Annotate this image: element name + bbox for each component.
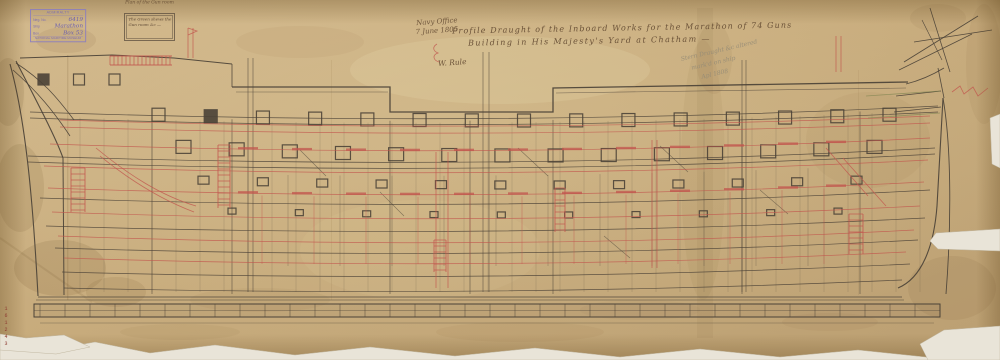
edge-shadow-right — [976, 0, 1000, 360]
red-hatch-bar — [826, 141, 846, 143]
red-hatch-bar — [670, 146, 690, 148]
ship-plan-page: ADMIRALTY Neg. No. 6419 Ship Marathon Bo… — [0, 0, 1000, 360]
stamp-footer: NATIONAL MARITIME MUSEUM — [33, 36, 83, 40]
red-hatch-bar — [724, 188, 744, 190]
stamp-value: Box 53 — [63, 29, 83, 36]
gunroom-note-line2: Gun room &c — — [129, 22, 174, 27]
stamp-value: 6419 — [68, 16, 83, 23]
red-hatch-bar — [670, 190, 690, 192]
red-hatch-bar — [400, 149, 420, 151]
stamp-row: Box Box 53 — [33, 29, 83, 36]
gunport — [204, 110, 217, 123]
gunroom-note-box-inner: The Green shews the Gun room &c — — [126, 15, 173, 39]
red-hatch-bar — [778, 186, 798, 188]
gunport — [38, 74, 49, 85]
red-hatch-bar — [292, 148, 312, 150]
stamp-row: Neg. No. 6419 — [33, 16, 83, 23]
stain — [86, 277, 146, 307]
red-hatch-bar — [616, 147, 636, 149]
red-hatch-bar — [724, 144, 744, 146]
gunroom-note-box: The Green shews the Gun room &c — — [124, 13, 175, 41]
red-hatch-bar — [826, 184, 846, 186]
stamp-label: Ship — [33, 25, 40, 29]
stamp-label: Neg. No. — [33, 18, 46, 22]
stamp-row: Ship Marathon — [33, 23, 83, 30]
crease — [67, 55, 68, 300]
red-hatch-bar — [778, 142, 798, 144]
stamp-label: Box — [33, 32, 39, 36]
red-hatch-bar — [454, 149, 474, 151]
red-hatch-bar — [562, 148, 582, 150]
crease — [331, 60, 332, 300]
gunroom-note-text: The Green shews the Gun room &c — — [127, 16, 173, 29]
stain — [236, 26, 364, 58]
stamp-value: Marathon — [55, 23, 84, 30]
red-hatch-bar — [400, 193, 420, 195]
red-hatch-bar — [238, 191, 258, 193]
red-hatch-bar — [238, 147, 258, 149]
red-hatch-bar — [292, 192, 312, 194]
ship-plan-drawing — [0, 0, 1000, 360]
red-hatch-bar — [454, 193, 474, 195]
keel-scale-bar — [34, 304, 940, 317]
crease — [858, 70, 859, 295]
red-hatch-bar — [346, 148, 366, 150]
gunroom-plan-heading: Plan of the Gun room — [112, 0, 187, 5]
museum-stamp: ADMIRALTY Neg. No. 6419 Ship Marathon Bo… — [30, 9, 86, 42]
red-hatch-bar — [508, 192, 528, 194]
catalogue-number: 161243 — [3, 306, 9, 348]
red-hatch-bar — [508, 148, 528, 150]
red-hatch-bar — [616, 191, 636, 193]
light-spot — [300, 200, 540, 300]
red-hatch-bar — [346, 192, 366, 194]
